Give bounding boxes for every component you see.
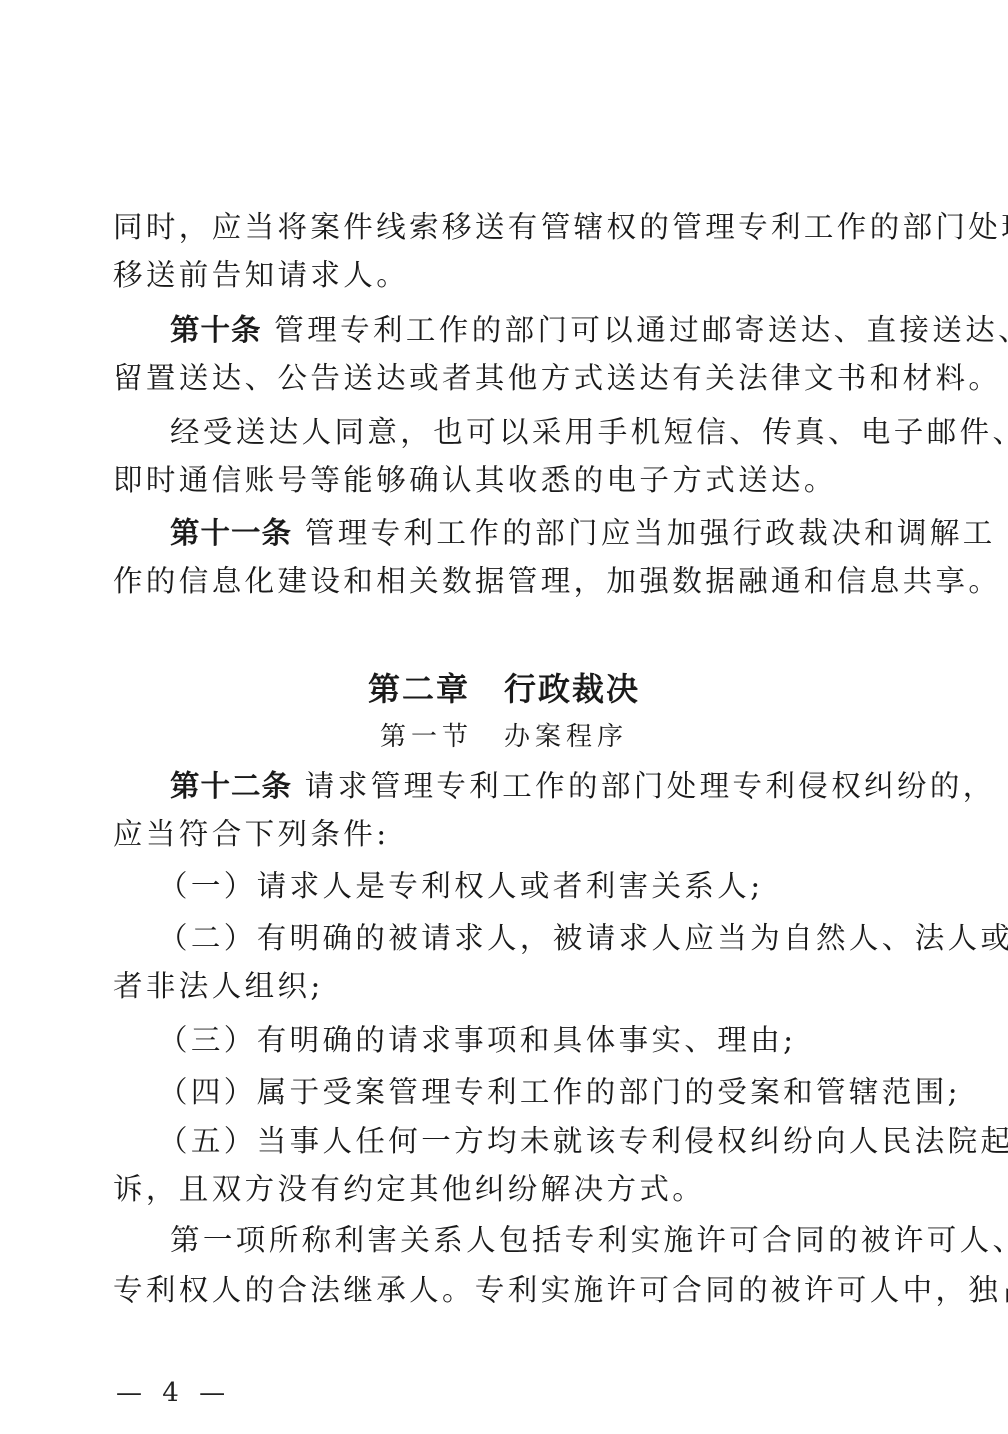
paragraph-line: 移送前告知请求人。 bbox=[113, 258, 913, 292]
note-line: 第一项所称利害关系人包括专利实施许可合同的被许可人、 bbox=[170, 1223, 970, 1257]
article-12-line: 第十二条 请求管理专利工作的部门处理专利侵权纠纷的， bbox=[170, 769, 970, 803]
article-10-para2-line: 经受送达人同意，也可以采用手机短信、传真、电子邮件、 bbox=[170, 415, 970, 449]
article-text: 管理专利工作的部门可以通过邮寄送达、直接送达、 bbox=[274, 313, 1008, 347]
note-line-cont: 专利权人的合法继承人。专利实施许可合同的被许可人中，独占 bbox=[113, 1273, 913, 1307]
chapter-title: 第二章 行政裁决 bbox=[0, 664, 1008, 710]
condition-item-2: （二）有明确的被请求人，被请求人应当为自然人、法人或 bbox=[158, 921, 958, 955]
paragraph-line: 同时，应当将案件线索移送有管辖权的管理专利工作的部门处理， bbox=[113, 210, 913, 244]
section-title: 第一节 办案程序 bbox=[0, 716, 1008, 753]
document-page: 同时，应当将案件线索移送有管辖权的管理专利工作的部门处理， 移送前告知请求人。 … bbox=[0, 0, 1008, 1434]
condition-item-3: （三）有明确的请求事项和具体事实、理由; bbox=[158, 1023, 958, 1057]
condition-item-5: （五）当事人任何一方均未就该专利侵权纠纷向人民法院起 bbox=[158, 1124, 958, 1158]
article-heading: 第十条 bbox=[170, 313, 262, 347]
article-12-intro-cont: 应当符合下列条件: bbox=[113, 817, 913, 851]
article-10-para2-cont: 即时通信账号等能够确认其收悉的电子方式送达。 bbox=[113, 463, 913, 497]
condition-item-5-cont: 诉，且双方没有约定其他纠纷解决方式。 bbox=[113, 1172, 913, 1206]
article-11-line: 第十一条 管理专利工作的部门应当加强行政裁决和调解工 bbox=[170, 516, 970, 550]
page-number: — 4 — bbox=[116, 1378, 231, 1408]
condition-item-2-cont: 者非法人组织; bbox=[113, 969, 913, 1003]
article-text: 管理专利工作的部门应当加强行政裁决和调解工 bbox=[305, 516, 996, 550]
article-text: 请求管理专利工作的部门处理专利侵权纠纷的， bbox=[305, 769, 996, 803]
condition-item-1: （一）请求人是专利权人或者利害关系人; bbox=[158, 869, 958, 903]
condition-item-4: （四）属于受案管理专利工作的部门的受案和管辖范围; bbox=[158, 1075, 958, 1109]
article-heading: 第十一条 bbox=[170, 516, 292, 550]
article-10-line: 第十条 管理专利工作的部门可以通过邮寄送达、直接送达、 bbox=[170, 313, 970, 347]
article-11-cont: 作的信息化建设和相关数据管理，加强数据融通和信息共享。 bbox=[113, 564, 913, 598]
article-10-cont: 留置送达、公告送达或者其他方式送达有关法律文书和材料。 bbox=[113, 361, 913, 395]
article-heading: 第十二条 bbox=[170, 769, 292, 803]
